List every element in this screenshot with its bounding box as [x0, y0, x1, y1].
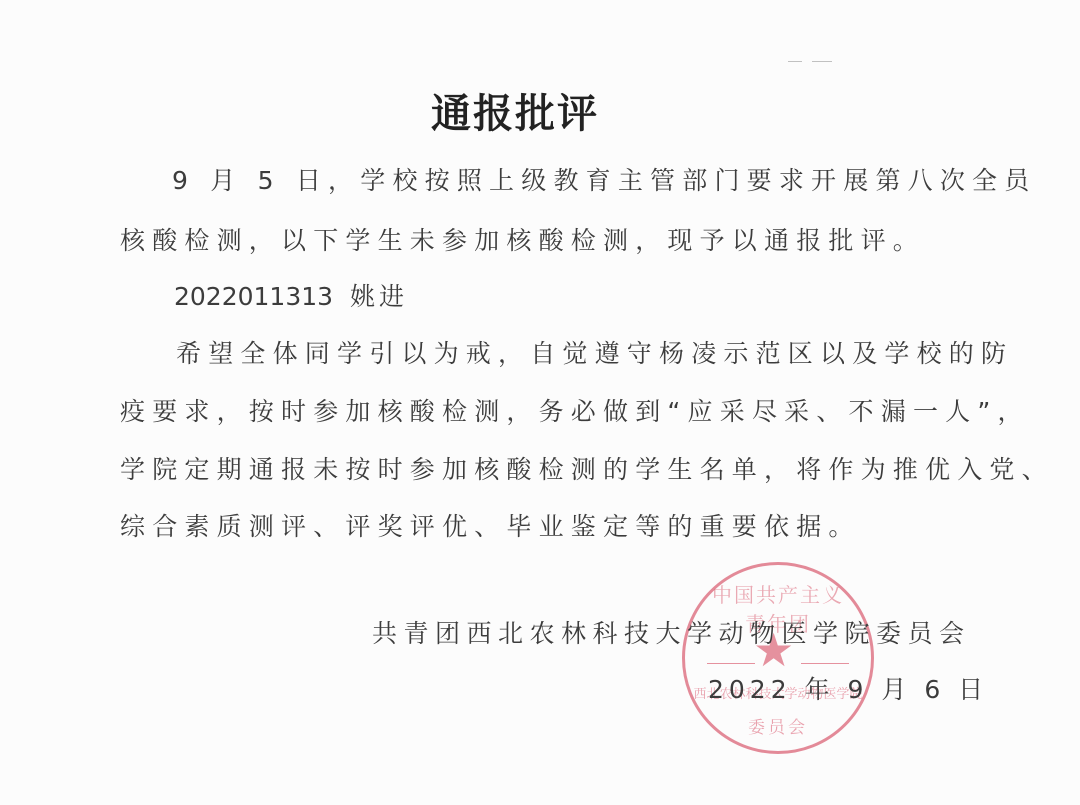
official-seal: 中国共产主义青年团 ★ 西北农林科技大学动物医学院 委员会 [682, 562, 874, 754]
scan-artifact [812, 61, 832, 62]
signature-organization: 共青团西北农林科技大学动物医学院委员会 [372, 619, 971, 649]
seal-line-right [801, 663, 849, 664]
paragraph-1-line-2: 核酸检测，以下学生未参加核酸检测，现予以通报批评。 [120, 226, 925, 256]
signature-date: 2022 年 9 月 6 日 [708, 675, 988, 705]
student-name: 姚进 [350, 282, 408, 312]
paragraph-2-line-4: 综合素质测评、评奖评优、毕业鉴定等的重要依据。 [120, 512, 861, 542]
paragraph-1-line-1: 9 月 5 日，学校按照上级教育主管部门要求开展第八次全员 [172, 166, 1036, 196]
document-title: 通报批评 [0, 82, 1030, 139]
seal-line-left [707, 663, 755, 664]
document-page: 通报批评 9 月 5 日，学校按照上级教育主管部门要求开展第八次全员 核酸检测，… [0, 0, 1080, 805]
paragraph-2-line-1: 希望全体同学引以为戒，自觉遵守杨凌示范区以及学校的防 [176, 339, 1013, 369]
student-id: 2022011313 [174, 282, 333, 312]
scan-artifact [788, 61, 802, 62]
paragraph-2-line-3: 学院定期通报未按时参加核酸检测的学生名单，将作为推优入党、 [120, 455, 1054, 485]
seal-bottom-text: 委员会 [725, 713, 831, 738]
paragraph-2-line-2: 疫要求，按时参加核酸检测，务必做到“应采尽采、不漏一人”， [120, 397, 1030, 427]
